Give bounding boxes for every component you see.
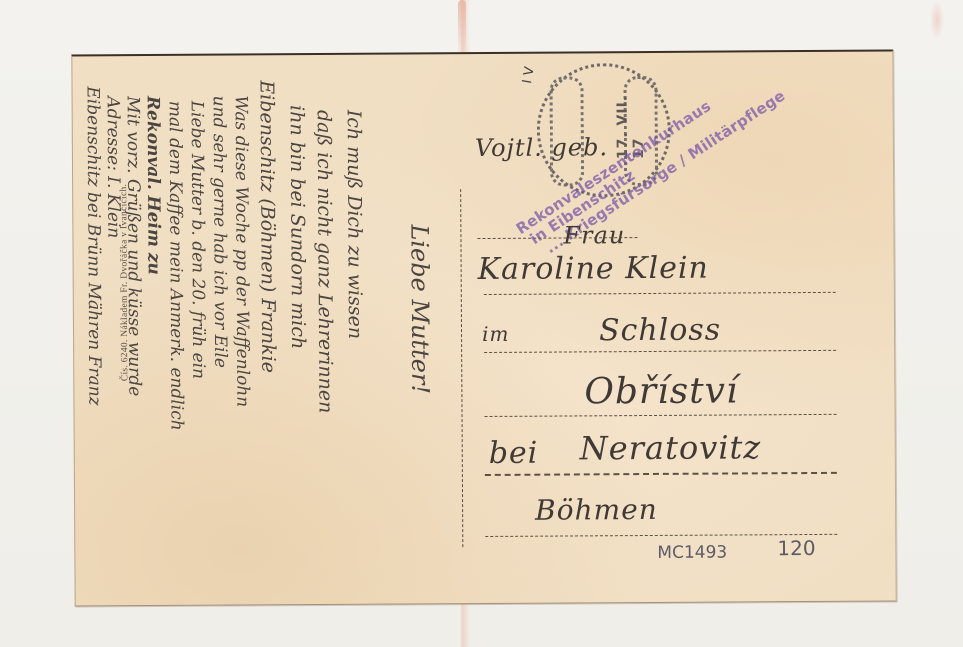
message-line: Ich muß Dich zu wissen: [343, 110, 366, 339]
background-stain: [458, 0, 466, 60]
message-line: Was diese Woche pp der Waffenlohn: [231, 95, 253, 407]
card-divider-line: [460, 189, 463, 547]
address-line: [484, 350, 836, 353]
message-greeting: Liebe Mutter!: [405, 224, 434, 394]
address-town: Obříství: [584, 370, 738, 412]
address-line: [485, 414, 837, 417]
postcard: Čís. 6240. Nákladem Fr. Dvořáčka v Ivanč…: [71, 49, 896, 606]
message-line: Eibenschitz (Böhmen) Frankie: [255, 80, 279, 373]
address-near-prefix: bei: [489, 436, 539, 471]
address-salutation: Frau: [563, 221, 625, 249]
price-note: 120: [777, 536, 815, 560]
address-name: Karoline Klein: [478, 251, 709, 287]
address-near-town: Neratovitz: [580, 428, 762, 467]
message-line: Liebe Mutter b. den 20. früh ein: [187, 101, 209, 379]
address-prefix: im: [482, 322, 510, 346]
address-place: Schloss: [599, 313, 721, 349]
message-line: mal dem Kaffee mein Anmerk. endlich: [165, 101, 187, 431]
message-line: daß ich nicht ganz Lehrerinnen: [313, 110, 337, 414]
address-region: Böhmen: [535, 493, 658, 527]
message-line: Mit vorz. Grüßen und küsse wurde: [123, 96, 145, 396]
message-line: Adresse: I. Klein: [103, 96, 124, 238]
background-stain: [930, 0, 944, 40]
postmark-ring: [549, 76, 584, 186]
service-note: Vojtl. geb.: [475, 133, 608, 162]
message-line: und sehr gerne hab ich vor Eile: [209, 96, 231, 368]
postmark-fragment: I V: [520, 66, 538, 85]
message-line: Rekonval. Heim zu: [143, 96, 164, 275]
message-line: Eibenschitz bei Brünn Mähren Franz: [83, 86, 105, 405]
address-line: [485, 472, 837, 476]
message-line: ihn bin bei Sundorn mich: [286, 105, 309, 349]
address-line: [484, 292, 836, 295]
catalog-number-note: MC1493: [657, 543, 727, 563]
